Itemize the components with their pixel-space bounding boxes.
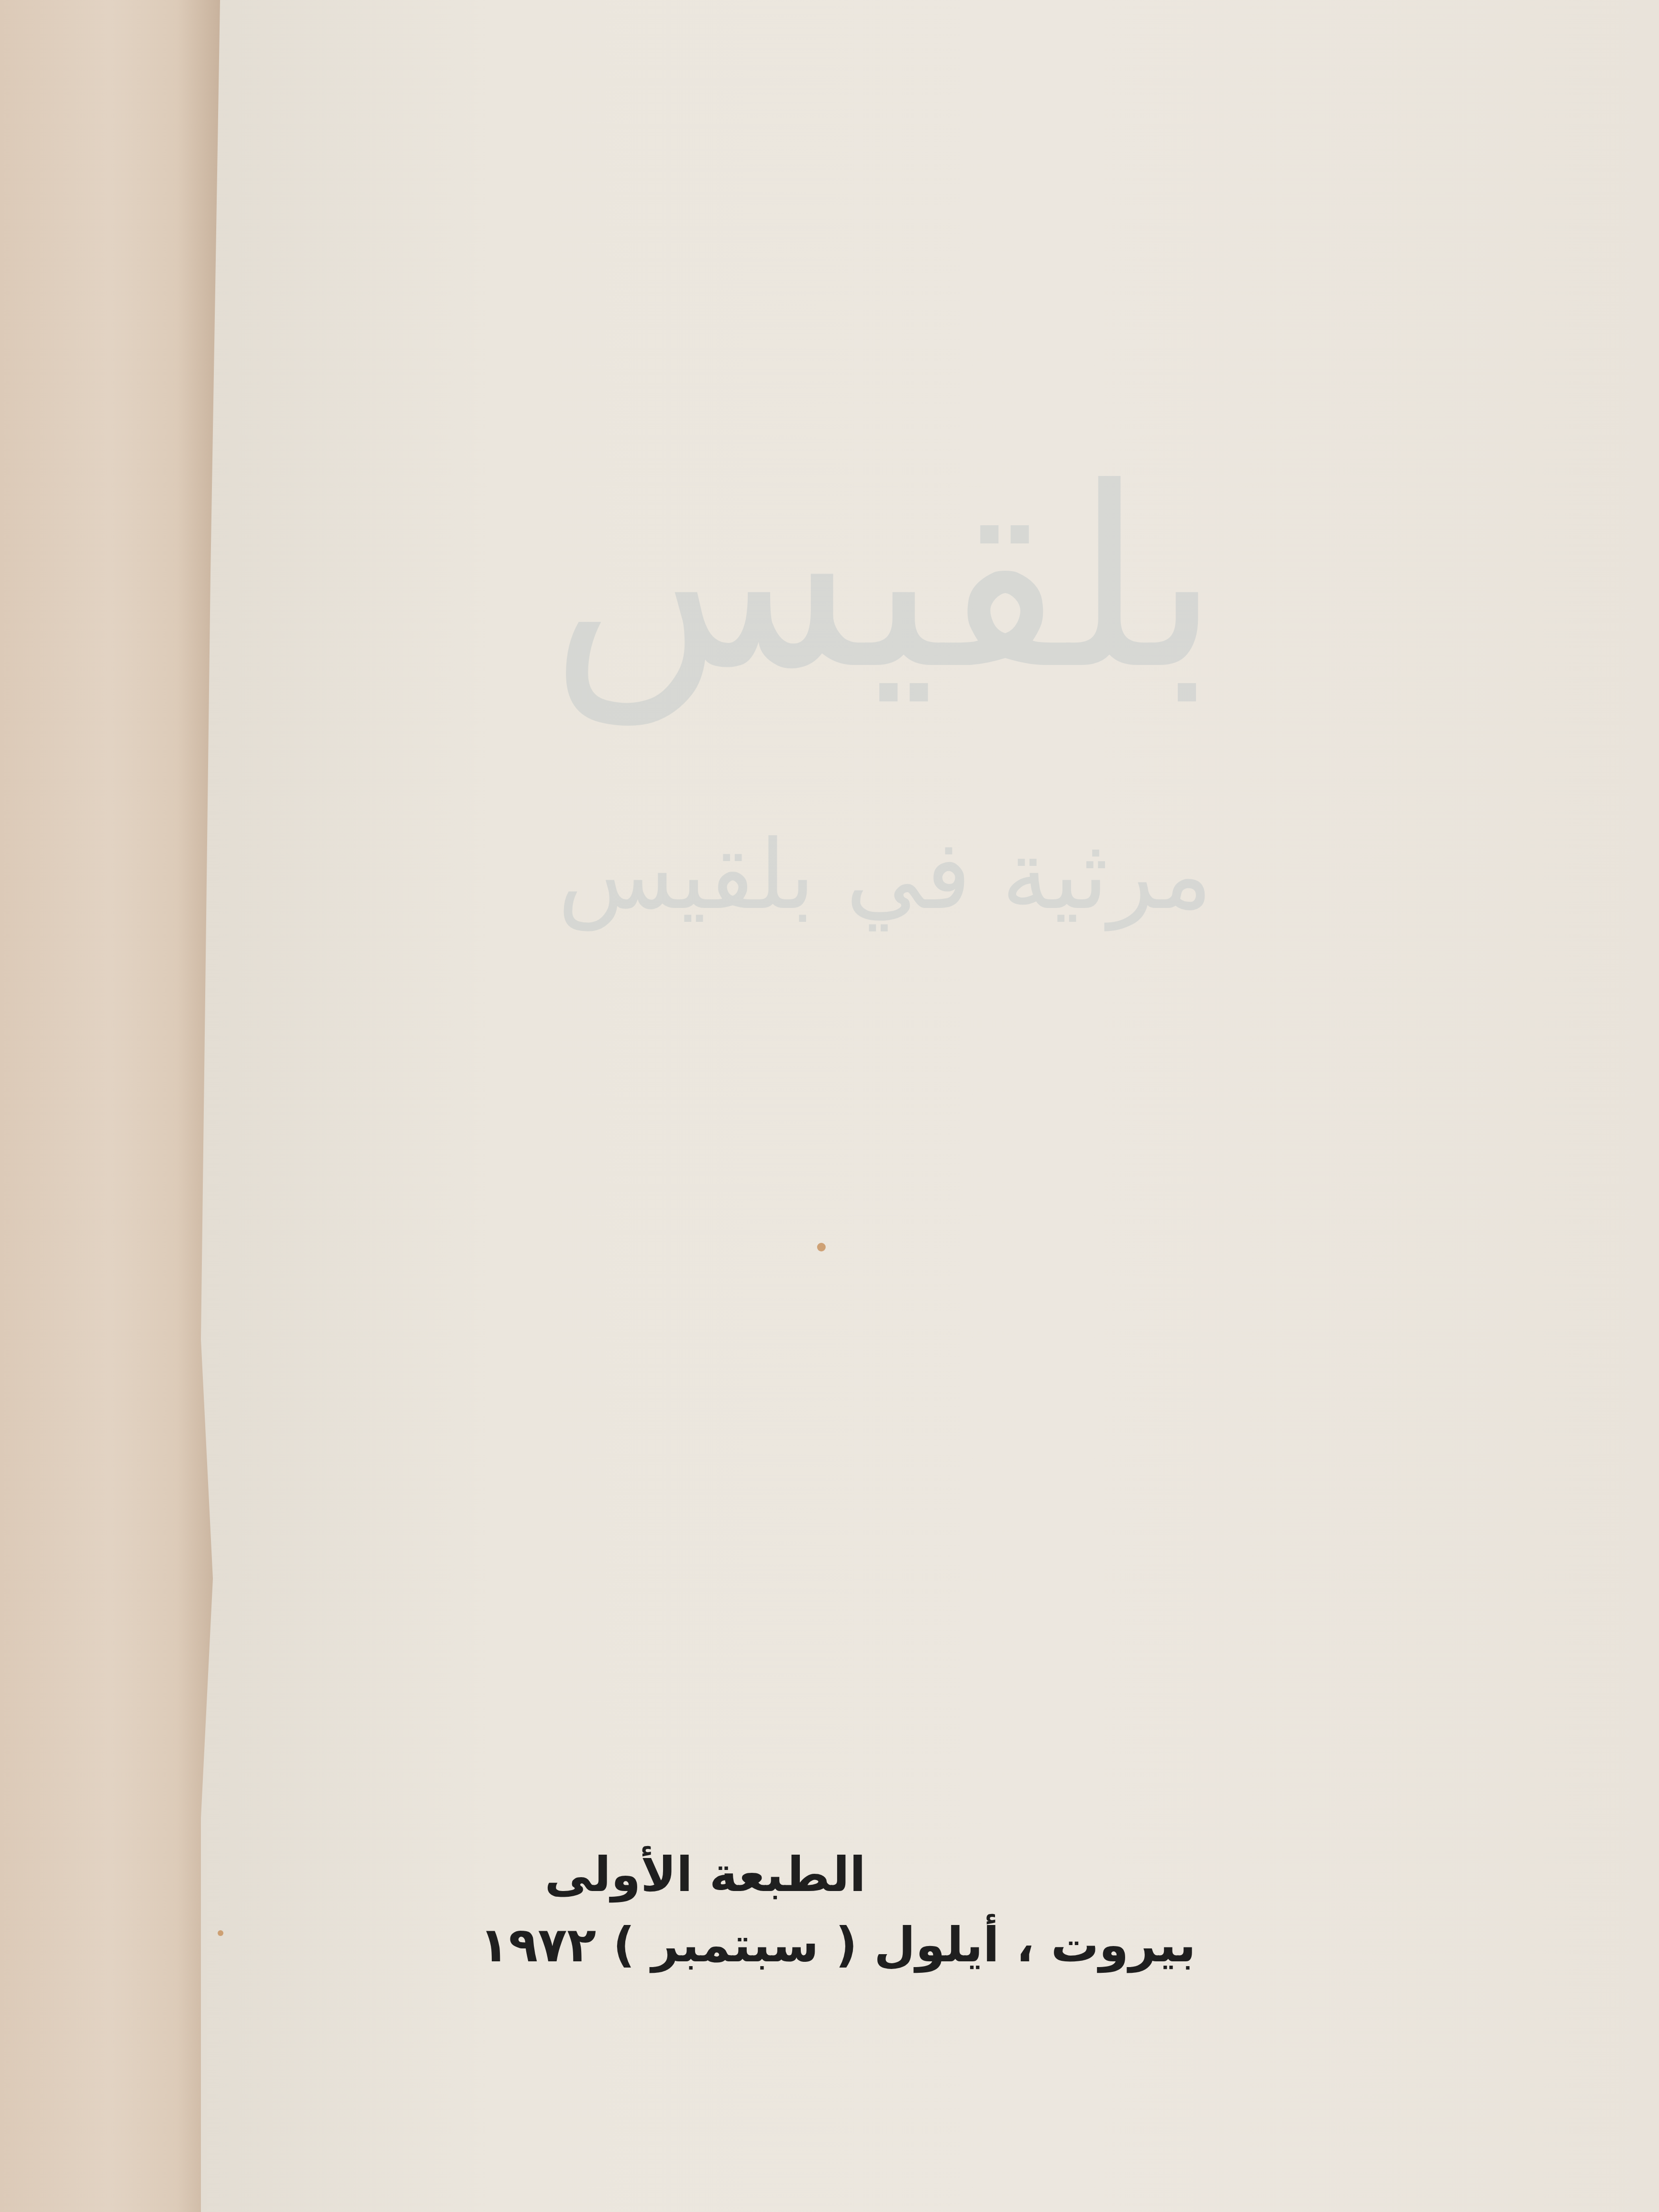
edition-label: الطبعة الأولى <box>478 1847 1072 1902</box>
imprint-block: الطبعة الأولى بيروت ، أيلول ( سبتمبر ) ١… <box>478 1847 1225 1973</box>
foxing-stain <box>817 1243 826 1251</box>
place-date-line: بيروت ، أيلول ( سبتمبر ) ١٩٧٢ <box>478 1917 1225 1973</box>
foxing-stain <box>218 1930 223 1936</box>
